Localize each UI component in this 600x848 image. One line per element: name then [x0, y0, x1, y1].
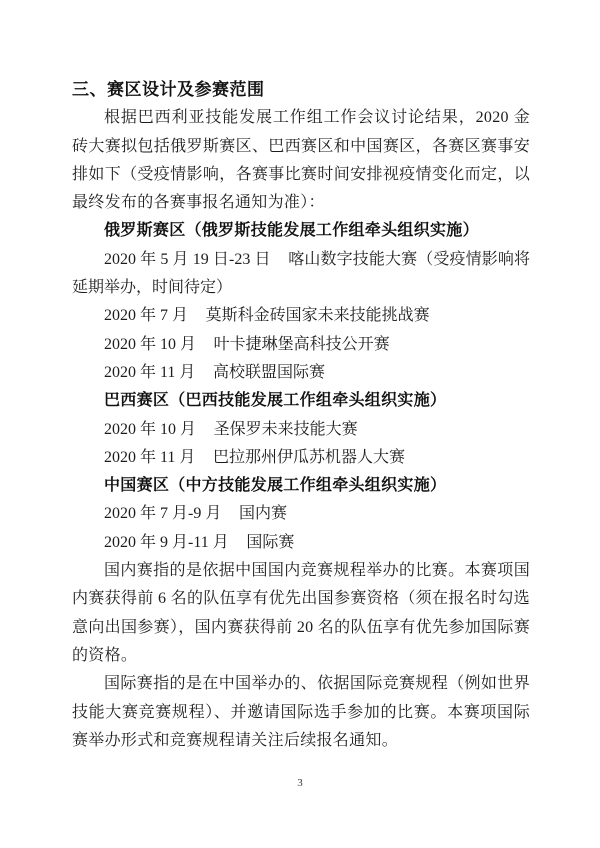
event-date: 2020 年 9 月-11 月: [104, 534, 229, 551]
intro-paragraph: 根据巴西利亚技能发展工作组工作会议讨论结果，2020 金砖大赛拟包括俄罗斯赛区、…: [72, 104, 530, 217]
event-row: 2020 年 11 月高校联盟国际赛: [72, 359, 530, 387]
event-name: 国际赛: [246, 534, 294, 551]
event-row: 2020 年 5 月 19 日-23 日喀山数字技能大赛（受疫情影响将延期举办，…: [72, 246, 530, 303]
event-date: 2020 年 10 月: [104, 421, 196, 438]
event-name: 巴拉那州伊瓜苏机器人大赛: [213, 449, 405, 466]
event-date: 2020 年 10 月: [104, 336, 196, 353]
brazil-zone-title: 巴西赛区（巴西技能发展工作组牵头组织实施）: [72, 387, 530, 415]
event-date: 2020 年 5 月 19 日-23 日: [104, 251, 271, 268]
document-page: 三、赛区设计及参赛范围 根据巴西利亚技能发展工作组工作会议讨论结果，2020 金…: [0, 0, 600, 848]
china-zone-title: 中国赛区（中方技能发展工作组牵头组织实施）: [72, 472, 530, 500]
event-date: 2020 年 11 月: [104, 364, 195, 381]
event-row: 2020 年 7 月莫斯科金砖国家未来技能挑战赛: [72, 302, 530, 330]
section-heading: 三、赛区设计及参赛范围: [72, 76, 530, 104]
event-row: 2020 年 7 月-9 月国内赛: [72, 500, 530, 528]
event-row: 2020 年 10 月圣保罗未来技能大赛: [72, 416, 530, 444]
event-name: 圣保罗未来技能大赛: [214, 421, 358, 438]
event-date: 2020 年 7 月-9 月: [104, 505, 221, 522]
event-name: 国内赛: [239, 505, 287, 522]
event-name: 高校联盟国际赛: [213, 364, 325, 381]
event-date: 2020 年 7 月: [104, 307, 188, 324]
event-name: 莫斯科金砖国家未来技能挑战赛: [206, 307, 430, 324]
page-number: 3: [0, 776, 600, 790]
event-name: 叶卡捷琳堡高科技公开赛: [214, 336, 390, 353]
event-row: 2020 年 10 月叶卡捷琳堡高科技公开赛: [72, 331, 530, 359]
event-row: 2020 年 11 月巴拉那州伊瓜苏机器人大赛: [72, 444, 530, 472]
event-row: 2020 年 9 月-11 月国际赛: [72, 529, 530, 557]
event-date: 2020 年 11 月: [104, 449, 195, 466]
international-competition-paragraph: 国际赛指的是在中国举办的、依据国际竞赛规程（例如世界技能大赛竞赛规程）、并邀请国…: [72, 670, 530, 755]
russia-zone-title: 俄罗斯赛区（俄罗斯技能发展工作组牵头组织实施）: [72, 217, 530, 245]
domestic-competition-paragraph: 国内赛指的是依据中国国内竞赛规程举办的比赛。本赛项国内赛获得前 6 名的队伍享有…: [72, 557, 530, 670]
